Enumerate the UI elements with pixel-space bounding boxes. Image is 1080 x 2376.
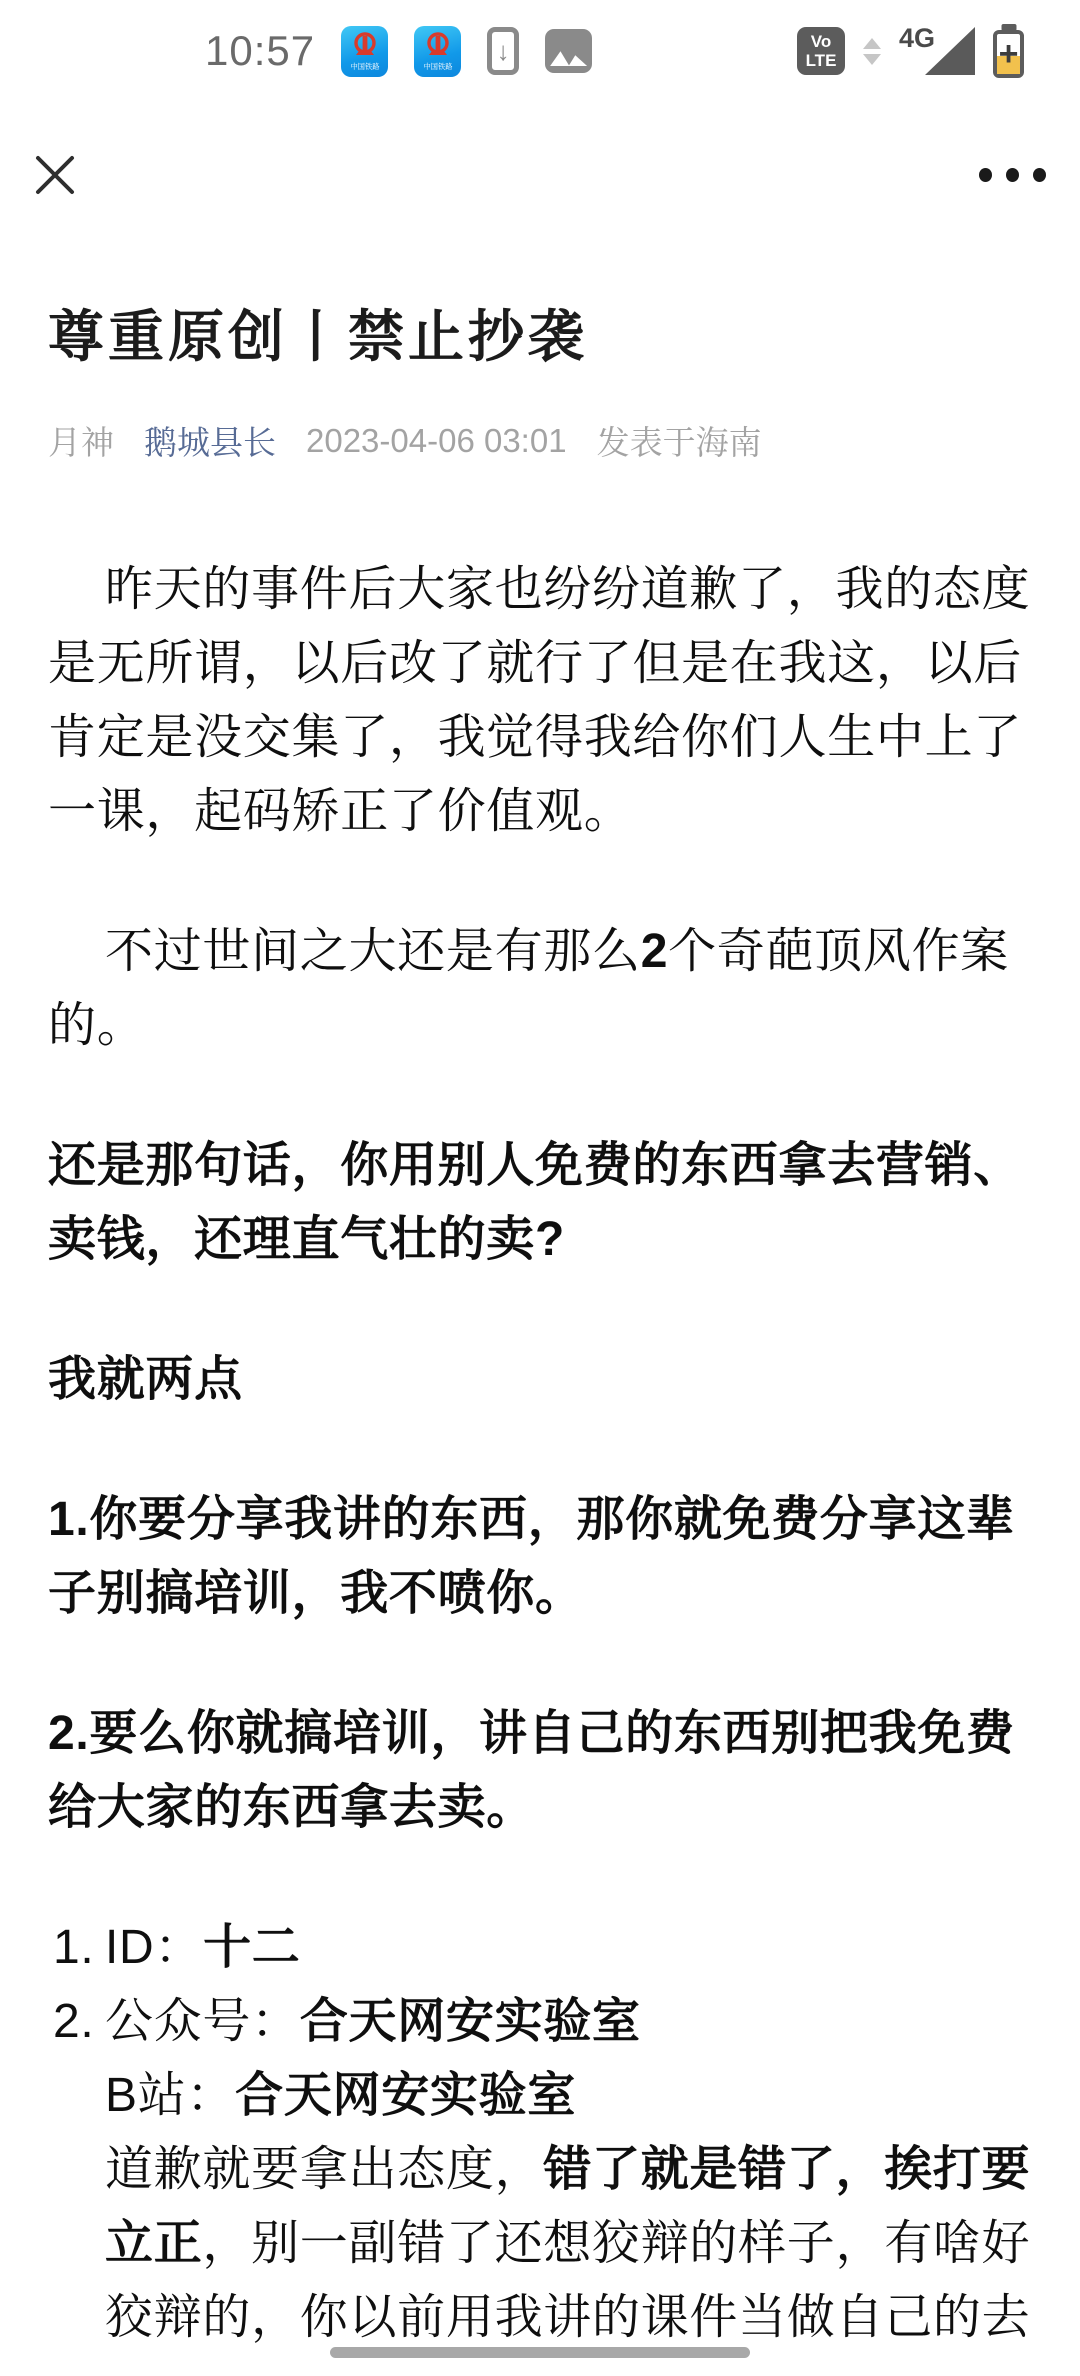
data-activity-arrows-icon xyxy=(863,38,881,65)
list-item-content: ID：十二 xyxy=(105,1911,1032,1985)
home-gesture-bar[interactable] xyxy=(330,2347,750,2358)
article: 尊重原创丨禁止抄袭 月神 鹅城县长 2023-04-06 03:01 发表于海南… xyxy=(0,300,1080,2355)
list-item-line: 道歉就要拿出态度，错了就是错了，挨打要立正，别一副错了还想狡辩的样子，有啥好狡辩… xyxy=(105,2133,1032,2355)
bold-text-run: 合天网安实验室 xyxy=(300,1995,641,2048)
paragraph: 还是那句话，你用别人免费的东西拿去营销、卖钱，还理直气壮的卖? xyxy=(48,1129,1032,1277)
paragraph: 昨天的事件后大家也纷纷道歉了，我的态度是无所谓，以后改了就行了但是在我这，以后肯… xyxy=(48,553,1032,849)
publish-datetime: 2023-04-06 03:01 xyxy=(306,422,567,460)
railway-logo-icon xyxy=(423,31,453,61)
more-dot-icon xyxy=(1033,168,1046,182)
text-run: ，别一副错了还想狡辩的样子，有啥好狡辩的，你以前用我讲的课件当做自己的去 xyxy=(105,2217,1030,2344)
more-menu-button[interactable] xyxy=(979,162,1046,188)
status-bar: 10:57 中国铁路 中国铁路 ↓ Vo LTE xyxy=(0,0,1080,96)
railway-app-label: 中国铁路 xyxy=(350,62,379,70)
status-time: 10:57 xyxy=(205,27,315,75)
paragraph: 1.你要分享我讲的东西，那你就免费分享这辈子别搞培训，我不喷你。 xyxy=(48,1483,1032,1631)
list-item: 2.公众号：合天网安实验室B站：合天网安实验室道歉就要拿出态度，错了就是错了，挨… xyxy=(48,1985,1032,2355)
cellular-signal-icon: 4G xyxy=(899,25,975,77)
text-run: 1.你要分享我讲的东西，那你就免费分享这辈子别搞培训，我不喷你。 xyxy=(48,1493,1015,1620)
text-run: 昨天的事件后大家也纷纷道歉了，我的态度是无所谓，以后改了就行了但是在我这，以后肯… xyxy=(48,563,1030,838)
status-bar-left: 10:57 中国铁路 中国铁路 ↓ xyxy=(205,26,592,77)
battery-saver-plus-icon: + xyxy=(997,34,1020,74)
volte-line1: Vo xyxy=(811,32,831,51)
text-run: 我就两点 xyxy=(48,1353,243,1406)
publish-location: 发表于海南 xyxy=(597,417,762,464)
text-run: 公众号： xyxy=(105,1995,300,2048)
volte-line2: LTE xyxy=(806,51,837,70)
article-nav-header xyxy=(0,140,1080,210)
paragraph: 2.要么你就搞培训，讲自己的东西别把我免费给大家的东西拿去卖。 xyxy=(48,1697,1032,1845)
ordered-list: 1.ID：十二2.公众号：合天网安实验室B站：合天网安实验室道歉就要拿出态度，错… xyxy=(48,1911,1032,2355)
volte-icon: Vo LTE xyxy=(797,27,845,75)
text-run: 2.要么你就搞培训，讲自己的东西别把我免费给大家的东西拿去卖。 xyxy=(48,1707,1015,1834)
download-arrow-icon xyxy=(863,54,881,65)
paragraph: 我就两点 xyxy=(48,1343,1032,1417)
download-arrow-icon: ↓ xyxy=(497,36,510,67)
list-item-marker: 1. xyxy=(48,1911,105,1985)
gallery-notification-icon xyxy=(545,29,592,73)
close-button[interactable] xyxy=(32,152,78,198)
text-run: B站： xyxy=(105,2069,235,2122)
article-byline: 月神 鹅城县长 2023-04-06 03:01 发表于海南 xyxy=(48,417,1032,464)
bold-text-run: 2 xyxy=(641,925,668,978)
article-title: 尊重原创丨禁止抄袭 xyxy=(48,300,1032,374)
railway-app-notification-icon: 中国铁路 xyxy=(341,26,388,77)
list-item-line: 公众号：合天网安实验室 xyxy=(105,1985,1032,2059)
download-notification-icon: ↓ xyxy=(487,27,519,75)
text-run: 还是那句话，你用别人免费的东西拿去营销、卖钱，还理直气壮的卖? xyxy=(48,1139,1022,1266)
battery-icon: + xyxy=(993,30,1024,78)
list-item: 1.ID：十二 xyxy=(48,1911,1032,1985)
railway-app-label: 中国铁路 xyxy=(423,62,452,70)
author-name: 月神 xyxy=(48,417,114,464)
account-link[interactable]: 鹅城县长 xyxy=(144,417,276,464)
text-run: ID： xyxy=(105,1921,203,1974)
railway-app-notification-icon-2: 中国铁路 xyxy=(414,26,461,77)
status-bar-right: Vo LTE 4G + xyxy=(797,24,1024,78)
list-item-line: ID：十二 xyxy=(105,1911,1032,1985)
paragraph: 不过世间之大还是有那么2个奇葩顶风作案的。 xyxy=(48,915,1032,1063)
text-run: 道歉就要拿出态度， xyxy=(105,2143,543,2196)
article-body: 昨天的事件后大家也纷纷道歉了，我的态度是无所谓，以后改了就行了但是在我这，以后肯… xyxy=(48,553,1032,2355)
railway-logo-icon xyxy=(350,31,380,61)
bold-text-run: 十二 xyxy=(203,1921,300,1974)
more-dot-icon xyxy=(979,168,992,182)
close-icon xyxy=(32,152,78,198)
list-item-line: B站：合天网安实验室 xyxy=(105,2059,1032,2133)
signal-strength-triangle-icon xyxy=(925,27,975,75)
text-run: 不过世间之大还是有那么 xyxy=(105,925,641,978)
list-item-content: 公众号：合天网安实验室B站：合天网安实验室道歉就要拿出态度，错了就是错了，挨打要… xyxy=(105,1985,1032,2355)
more-dot-icon xyxy=(1006,168,1019,182)
bold-text-run: 合天网安实验室 xyxy=(235,2069,576,2122)
upload-arrow-icon xyxy=(863,38,881,49)
list-item-marker: 2. xyxy=(48,1985,105,2355)
